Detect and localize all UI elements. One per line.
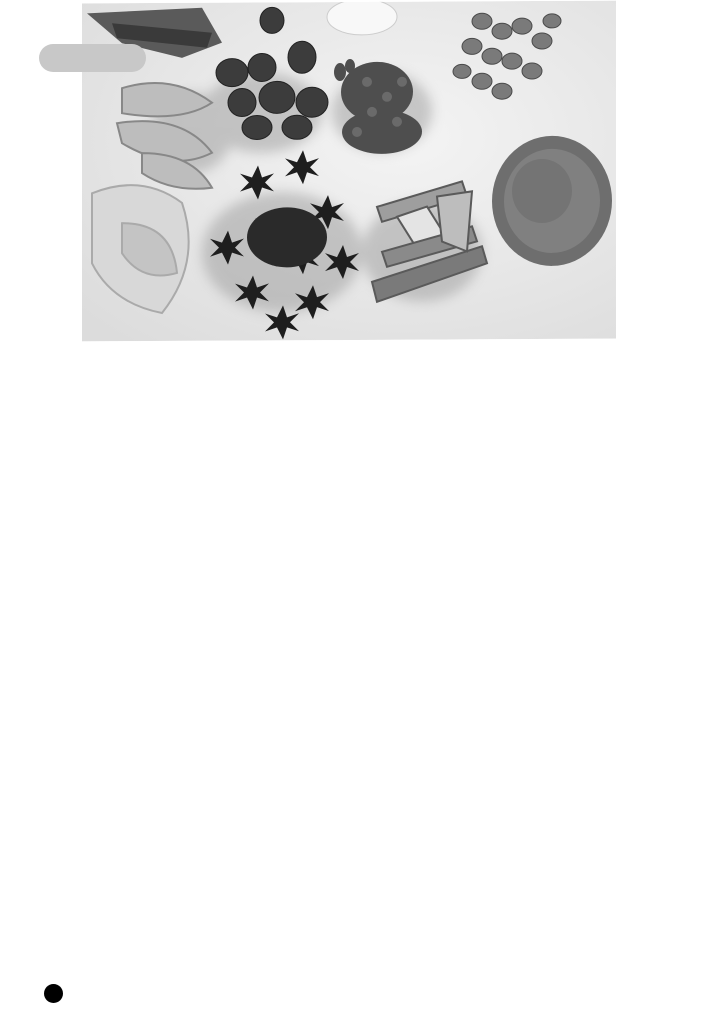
spices-photo (82, 1, 616, 342)
bullet-dot-icon (44, 984, 63, 1003)
overlay-label-pill (39, 44, 146, 72)
